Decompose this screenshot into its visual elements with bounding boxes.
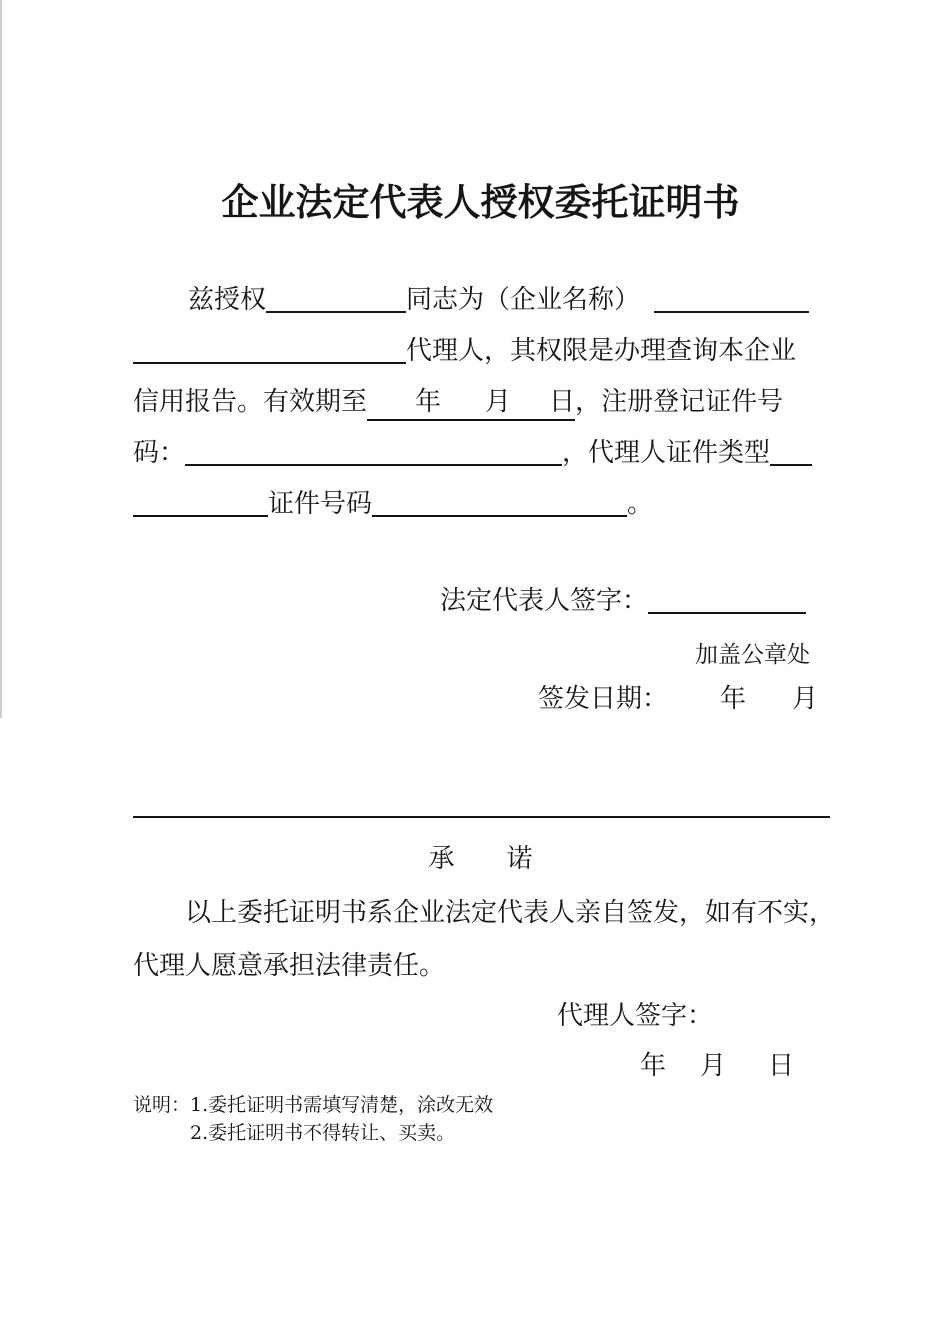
authorized-person-name-blank bbox=[266, 285, 406, 313]
agent-sign-label: 代理人签字： bbox=[557, 1001, 713, 1031]
document-title: 企业法定代表人授权委托证明书 bbox=[133, 172, 828, 226]
year-label: 年 bbox=[415, 387, 441, 417]
legal-rep-signature-blank bbox=[648, 586, 806, 614]
section-divider-line bbox=[133, 816, 830, 818]
issue-month-label: 月 bbox=[792, 684, 818, 714]
agent-month-label: 月 bbox=[700, 1051, 726, 1081]
auth-line-4: 码：，代理人证件类型 bbox=[133, 436, 812, 470]
cert-number-label: 证件号码 bbox=[268, 489, 372, 519]
page-edge-line bbox=[0, 0, 2, 718]
agent-cert-number-blank bbox=[372, 489, 627, 517]
month-label: 月 bbox=[485, 387, 511, 417]
registration-cert-number-blank bbox=[185, 438, 562, 466]
agent-day-label: 日 bbox=[768, 1051, 794, 1081]
auth-line3-suffix: ，注册登记证件号 bbox=[575, 387, 783, 417]
auth-line4-prefix: 码： bbox=[133, 438, 185, 468]
agent-cert-type-blank-2 bbox=[133, 489, 268, 517]
auth-line1-prefix: 兹授权 bbox=[188, 285, 266, 315]
auth-line-5: 证件号码。 bbox=[133, 487, 653, 521]
auth-line-1: 兹授权同志为（企业名称） bbox=[133, 283, 809, 317]
issue-date-row: 签发日期：年月 bbox=[538, 682, 818, 716]
notes-label: 说明： bbox=[133, 1094, 190, 1116]
validity-date-blank: 年月日 bbox=[367, 385, 575, 421]
legal-rep-sign-label: 法定代表人签字： bbox=[440, 586, 648, 616]
promise-heading-first: 承 bbox=[428, 844, 454, 874]
agent-cert-type-blank-1 bbox=[770, 438, 812, 466]
auth-line3-prefix: 信用报告。有效期至 bbox=[133, 387, 367, 417]
auth-line2-suffix: 代理人，其权限是办理查询本企业 bbox=[406, 336, 796, 366]
seal-here-label: 加盖公章处 bbox=[695, 642, 810, 668]
authorization-document: 企业法定代表人授权委托证明书 兹授权同志为（企业名称） 代理人，其权限是办理查询… bbox=[0, 0, 950, 1344]
promise-body-line-1: 以上委托证明书系企业法定代表人亲自签发，如有不实， bbox=[133, 896, 835, 930]
auth-line-3: 信用报告。有效期至年月日，注册登记证件号 bbox=[133, 385, 783, 421]
day-label: 日 bbox=[549, 387, 575, 417]
promise-text-2: 代理人愿意承担法律责任。 bbox=[133, 951, 445, 981]
agent-date-row: 年月日 bbox=[640, 1049, 794, 1083]
seal-row: 加盖公章处 bbox=[695, 638, 810, 672]
notes-line-2: 2.委托证明书不得转让、买卖。 bbox=[190, 1119, 455, 1147]
promise-text-1: 以上委托证明书系企业法定代表人亲自签发，如有不实， bbox=[185, 898, 835, 928]
auth-line-2: 代理人，其权限是办理查询本企业 bbox=[133, 334, 796, 368]
auth-line1-middle: 同志为（企业名称） bbox=[406, 285, 640, 315]
company-name-blank-1 bbox=[654, 285, 809, 313]
agent-year-label: 年 bbox=[640, 1051, 666, 1081]
note-item-2: 2.委托证明书不得转让、买卖。 bbox=[190, 1122, 455, 1144]
issue-year-label: 年 bbox=[720, 684, 746, 714]
promise-heading-second: 诺 bbox=[507, 844, 533, 874]
promise-body-line-2: 代理人愿意承担法律责任。 bbox=[133, 949, 445, 983]
agent-signature-row: 代理人签字： bbox=[557, 999, 713, 1033]
issue-date-label: 签发日期： bbox=[538, 684, 668, 714]
note-item-1: 1.委托证明书需填写清楚，涂改无效 bbox=[190, 1094, 493, 1116]
notes-line-1: 说明：1.委托证明书需填写清楚，涂改无效 bbox=[133, 1091, 493, 1119]
auth-line4-middle: ，代理人证件类型 bbox=[562, 438, 770, 468]
company-name-blank-2 bbox=[133, 336, 406, 364]
auth-line5-period: 。 bbox=[627, 489, 653, 519]
promise-heading: 承诺 bbox=[133, 842, 828, 876]
legal-rep-signature-row: 法定代表人签字： bbox=[440, 584, 806, 618]
